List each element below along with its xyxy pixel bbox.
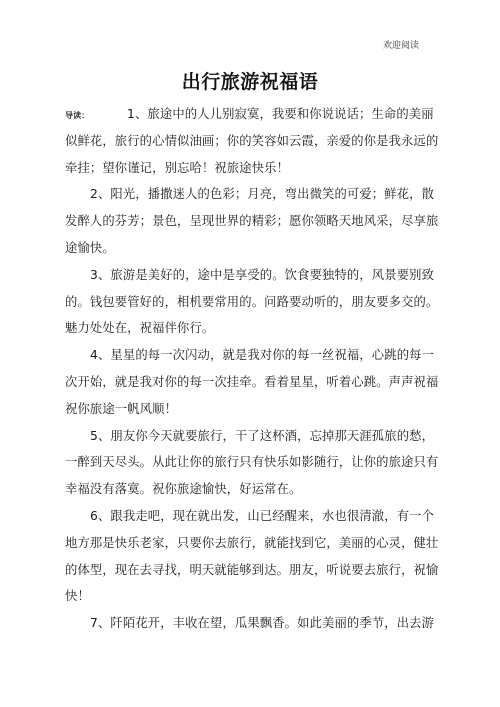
paragraph-3: 3、旅游是美好的，途中是享受的。饮食要独特的，风景要别致 的。钱包要管好的，相机…	[65, 262, 437, 342]
paragraph-line: 途愉快。	[65, 235, 437, 262]
paragraph-line: 6、跟我走吧，现在就出发，山已经醒来，水也很清澈，有一个	[65, 503, 437, 530]
paragraph-7: 7、阡陌花开，丰收在望，瓜果飘香。如此美丽的季节，出去游	[65, 610, 437, 637]
paragraph-line: 发醉人的芬芳；景色，呈现世界的精彩；愿你领略天地风采，尽享旅	[65, 208, 437, 235]
paragraph-line: 导读：1、旅途中的人儿别寂寞，我要和你说说话；生命的美丽	[65, 101, 437, 128]
paragraph-2: 2、阳光，播撒迷人的色彩；月亮，弯出微笑的可爱；鲜花，散 发醉人的芬芳；景色，呈…	[65, 181, 437, 261]
paragraph-line: 祝你旅途一帆风顺！	[65, 396, 437, 423]
document-title: 出行旅游祝福语	[0, 67, 500, 94]
paragraph-4: 4、星星的每一次闪动，就是我对你的每一丝祝福，心跳的每一 次开始，就是我对你的每…	[65, 342, 437, 422]
paragraph-1: 导读：1、旅途中的人儿别寂寞，我要和你说说话；生命的美丽 似鲜花，旅行的心情似油…	[65, 101, 437, 181]
header-note: 欢迎阅读	[383, 38, 419, 51]
paragraph-line: 3、旅游是美好的，途中是享受的。饮食要独特的，风景要别致	[65, 262, 437, 289]
paragraph-line: 魅力处处在，祝福伴你行。	[65, 315, 437, 342]
paragraph-line: 的。钱包要管好的，相机要常用的。问路要动听的，朋友要多交的。	[65, 289, 437, 316]
paragraph-6: 6、跟我走吧，现在就出发，山已经醒来，水也很清澈，有一个 地方那是快乐老家，只要…	[65, 503, 437, 610]
paragraph-line: 次开始，就是我对你的每一次挂牵。看着星星，听着心跳。声声祝福	[65, 369, 437, 396]
paragraph-line: 牵挂；望你谨记，别忘哈！祝旅途快乐！	[65, 155, 437, 182]
paragraph-line: 幸福没有落寞。祝你旅途愉快，好运常在。	[65, 476, 437, 503]
paragraph-5: 5、朋友你今天就要旅行，干了这杯酒，忘掉那天涯孤旅的愁， 一醉到天尽头。从此让你…	[65, 423, 437, 503]
document-body: 导读：1、旅途中的人儿别寂寞，我要和你说说话；生命的美丽 似鲜花，旅行的心情似油…	[65, 101, 437, 637]
paragraph-line: 4、星星的每一次闪动，就是我对你的每一丝祝福，心跳的每一	[65, 342, 437, 369]
paragraph-line: 7、阡陌花开，丰收在望，瓜果飘香。如此美丽的季节，出去游	[65, 610, 437, 637]
paragraph-line-text: 1、旅途中的人儿别寂寞，我要和你说说话；生命的美丽	[127, 107, 434, 121]
paragraph-line: 地方那是快乐老家，只要你去旅行，就能找到它，美丽的心灵，健壮	[65, 530, 437, 557]
lead-label: 导读：	[65, 103, 127, 130]
paragraph-line: 快！	[65, 583, 437, 610]
paragraph-line: 的体型，现在去寻找，明天就能够到达。朋友，听说要去旅行，祝愉	[65, 557, 437, 584]
paragraph-line: 似鲜花，旅行的心情似油画；你的笑容如云霞，亲爱的你是我永远的	[65, 128, 437, 155]
paragraph-line: 5、朋友你今天就要旅行，干了这杯酒，忘掉那天涯孤旅的愁，	[65, 423, 437, 450]
paragraph-line: 2、阳光，播撒迷人的色彩；月亮，弯出微笑的可爱；鲜花，散	[65, 181, 437, 208]
paragraph-line: 一醉到天尽头。从此让你的旅行只有快乐如影随行，让你的旅途只有	[65, 449, 437, 476]
